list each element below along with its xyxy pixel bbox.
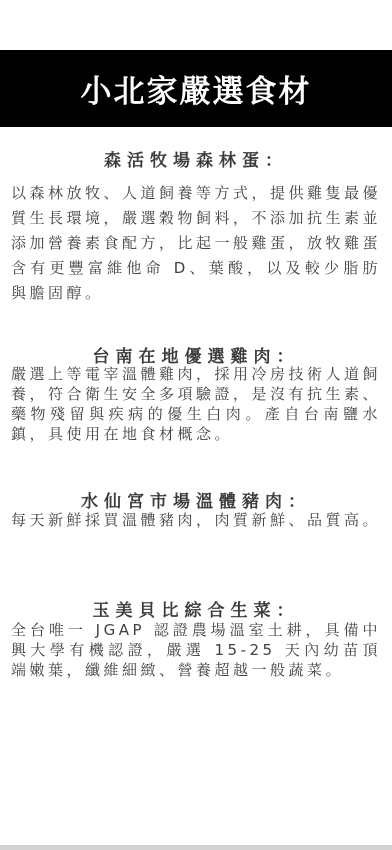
page-title: 小北家嚴選食材: [81, 66, 312, 111]
ingredients-flyer-page: 小北家嚴選食材 森活牧場森林蛋： 以森林放牧、人道飼養等方式，提供雞隻最優質生長…: [0, 0, 392, 850]
section-body-tainan-chicken: 嚴選上等電宰溫體雞肉，採用冷房技術人道飼養，符合衛生安全多項驗證，是沒有抗生素、…: [11, 364, 381, 444]
title-banner: 小北家嚴選食材: [0, 50, 392, 127]
section-body-forest-eggs: 以森林放牧、人道飼養等方式，提供雞隻最優質生長環境，嚴選穀物飼料，不添加抗生素並…: [11, 181, 381, 306]
section-body-baby-greens: 全台唯一 JGAP 認證農場溫室土耕，具備中興大學有機認證，嚴選 15-25 天…: [11, 620, 381, 680]
section-heading-forest-eggs: 森活牧場森林蛋：: [0, 146, 392, 171]
bottom-divider: [0, 845, 392, 850]
section-heading-market-pork: 水仙宮市場溫體豬肉：: [0, 487, 392, 512]
section-heading-baby-greens: 玉美貝比綜合生菜：: [0, 596, 392, 621]
section-body-market-pork: 每天新鮮採買溫體豬肉，肉質新鮮、品質高。: [11, 510, 381, 530]
